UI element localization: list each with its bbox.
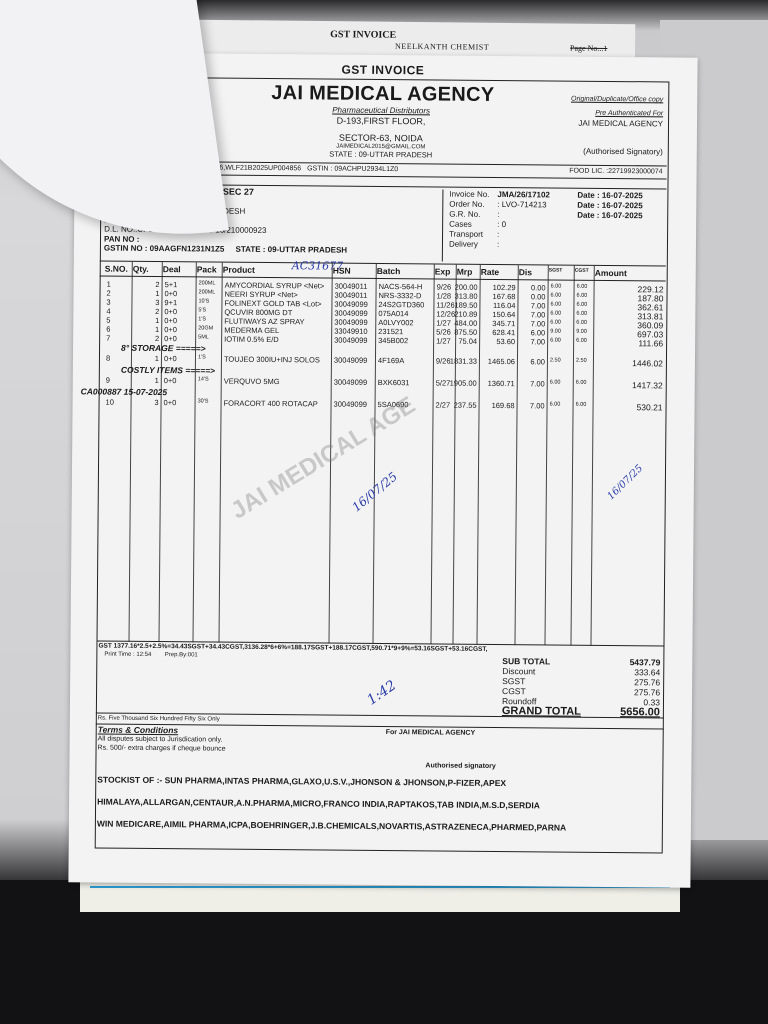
cell-batch: 24S2GTD360 [378, 300, 424, 309]
info-label: G.R. No. [449, 210, 497, 220]
cell-exp: 1/27 [436, 318, 451, 327]
items-table: S.NO.Qty.DealPackProductHSNBatchExpMrpRa… [96, 261, 665, 647]
cell-rate: 1360.71 [488, 379, 515, 388]
cell-cgst: 6.00 [576, 380, 587, 386]
cell-qty: 1 [155, 325, 159, 334]
cell-mrp: 313.80 [455, 292, 478, 301]
cell-pack: 20GM [198, 325, 213, 331]
terms-line: Rs. 500/- extra charges if cheque bounce [98, 744, 226, 754]
cell-deal: 0+0 [164, 354, 177, 363]
cell-sno: 7 [106, 334, 110, 343]
total-value: 275.76 [634, 687, 660, 697]
cell-batch: 345B002 [378, 336, 408, 345]
cell-mrp: 237.55 [454, 401, 477, 410]
food-licence: FOOD LIC. :22719923000074 [565, 166, 663, 179]
cell-sgst: 6.00 [551, 292, 562, 298]
column-header: CGST [575, 268, 589, 274]
info-date: Date : 16-07-2025 [577, 191, 642, 202]
cell-rate: 150.64 [492, 310, 515, 319]
cell-product: MEDERMA GEL [224, 326, 279, 335]
cell-deal: 9+1 [164, 298, 177, 307]
column-header: S.NO. [105, 264, 128, 274]
cell-hsn: 30049099 [334, 309, 367, 318]
cell-cgst: 6.00 [577, 284, 588, 290]
cell-qty: 1 [155, 289, 159, 298]
cell-mrp: 484.00 [454, 319, 477, 328]
cell-sno: 3 [106, 298, 110, 307]
cell-qty: 2 [155, 307, 159, 316]
cell-dis: 6.00 [531, 328, 546, 337]
cell-exp: 1/27 [436, 336, 451, 345]
info-label: Invoice No. [449, 190, 497, 200]
cell-rate: 167.68 [493, 292, 516, 301]
column-header: Amount [595, 268, 627, 278]
terms: Terms & Conditions All disputes subject … [98, 726, 226, 754]
cell-batch: NACS-564-H [379, 282, 423, 291]
info-label: Order No. [449, 200, 497, 210]
cell-exp: 5/26 [436, 327, 451, 336]
cell-pack: 1'S [198, 354, 206, 360]
cell-exp: 11/26 [436, 300, 454, 309]
cell-hsn: 30049099 [334, 356, 367, 365]
cell-sno: 1 [107, 280, 111, 289]
column-header: Product [223, 265, 255, 275]
total-row: Discount333.64 [502, 666, 660, 677]
column-header: Rate [481, 267, 500, 277]
cell-hsn: 30049099 [334, 378, 367, 387]
info-label: Transport [449, 230, 497, 240]
cell-sgst: 2.50 [550, 357, 561, 363]
cell-pack: 200ML [199, 280, 216, 286]
cell-batch: BXK6031 [378, 378, 410, 387]
for-company: For JAI MEDICAL AGENCY [386, 729, 476, 737]
cell-hsn: 30049099 [334, 336, 367, 345]
total-value: 333.64 [634, 667, 660, 677]
cell-sgst: 6.00 [550, 319, 561, 325]
cell-rate: 169.68 [492, 401, 515, 410]
cell-sno: 6 [106, 325, 110, 334]
cell-rate: 345.71 [492, 319, 515, 328]
cell-sno: 5 [106, 316, 110, 325]
cell-pack: 5'S [198, 307, 206, 313]
prepared-by: Prep.By:001 [165, 652, 198, 658]
cell-deal: 5+1 [165, 280, 178, 289]
cell-qty: 2 [155, 334, 159, 343]
authorised-signatory: Authorised signatory [425, 762, 495, 770]
cell-sgst: 6.00 [550, 379, 561, 385]
cell-batch: 4F169A [378, 356, 404, 365]
cell-sgst: 9.00 [550, 328, 561, 334]
info-label: Cases [449, 220, 497, 230]
cell-exp: 9/26 [437, 282, 452, 291]
cell-sgst: 6.00 [551, 283, 562, 289]
invoice-info-row: Delivery: [443, 240, 667, 252]
cell-cgst: 6.00 [576, 302, 587, 308]
info-value: : [497, 240, 577, 251]
column-header: Mrp [457, 267, 473, 277]
total-label: CGST [502, 686, 526, 696]
column-header: Pack [197, 264, 217, 274]
copy-info: Original/Duplicate/Office copy Pre Authe… [503, 94, 664, 157]
cell-rate: 102.29 [493, 283, 516, 292]
cell-dis: 6.00 [530, 357, 545, 366]
cell-product: TOUJEO 300IU+INJ SOLOS [224, 355, 320, 365]
column-header: Deal [163, 264, 181, 274]
cell-qty: 2 [155, 280, 159, 289]
cell-pack: 200ML [199, 289, 216, 295]
info-label: Delivery [449, 240, 497, 250]
handwritten-note: AC31677 [292, 259, 343, 272]
cell-rate: 1465.06 [488, 357, 515, 366]
info-value: : 0 [497, 220, 577, 231]
cell-hsn: 30049099 [334, 318, 367, 327]
column-header: Batch [377, 266, 401, 276]
cell-sgst: 6.00 [550, 401, 561, 407]
cell-amount: 530.21 [637, 402, 663, 412]
cell-cgst: 2.50 [576, 358, 587, 364]
cell-mrp: 875.50 [454, 328, 477, 337]
cell-pack: 30'S [198, 398, 209, 404]
cell-exp: 12/26 [436, 309, 455, 318]
cell-qty: 3 [154, 398, 158, 407]
cell-dis: 7.00 [530, 401, 545, 410]
cell-pack: 5ML [198, 334, 209, 340]
back-sheet-page: Page No...1 [570, 44, 607, 53]
row-note: COSTLY ITEMS =====> [121, 365, 215, 376]
cell-batch: A0LVY002 [378, 318, 413, 327]
table-row: 910+014'SVERQUVO 5MG30049099BXK60315/271… [99, 376, 665, 390]
cell-sno: 8 [106, 354, 110, 363]
cell-deal: 0+0 [164, 307, 177, 316]
table-header: S.NO.Qty.DealPackProductHSNBatchExpMrpRa… [100, 262, 666, 282]
company-address: Pharmaceutical Distributors D-193,FIRST … [301, 104, 461, 158]
cell-sno: 10 [106, 398, 114, 407]
cell-hsn: 30049099 [334, 400, 367, 409]
cell-deal: 0+0 [164, 334, 177, 343]
cell-dis: 7.00 [531, 301, 546, 310]
info-date: Date : 16-07-2025 [577, 201, 642, 212]
cell-cgst: 6.00 [576, 311, 587, 317]
cell-exp: 9/26 [436, 356, 451, 365]
cell-deal: 0+0 [164, 376, 177, 385]
grand-total-label: GRAND TOTAL [502, 706, 581, 717]
column-header: Qty. [133, 264, 149, 274]
cell-deal: 0+0 [164, 325, 177, 334]
cell-amount: 111.66 [638, 338, 663, 348]
print-info: Print Time : 12:54 Prep.By:001 [104, 652, 197, 659]
cell-dis: 0.00 [531, 283, 546, 292]
cell-sno: 4 [106, 307, 110, 316]
cell-qty: 1 [155, 376, 159, 385]
cell-qty: 1 [155, 354, 159, 363]
cell-mrp: 189.50 [454, 301, 477, 310]
cell-exp: 1/28 [436, 291, 451, 300]
column-header: Dis [519, 267, 532, 277]
cell-pack: 14'S [198, 376, 209, 382]
authorised-signatory-label: (Authorised Signatory) [503, 146, 663, 157]
info-value: JMA/26/17102 [497, 190, 577, 201]
cell-rate: 53.60 [496, 337, 515, 346]
cell-mrp: 1831.33 [450, 357, 477, 366]
cell-mrp: 210.89 [454, 310, 477, 319]
grand-total-value: 5656.00 [620, 707, 660, 717]
cell-deal: 0+0 [164, 289, 177, 298]
info-value: : LVO-714213 [497, 200, 577, 211]
cell-sgst: 6.00 [550, 301, 561, 307]
cell-sgst: 6.00 [550, 310, 561, 316]
cell-hsn: 30049099 [334, 300, 367, 309]
cell-cgst: 6.00 [577, 293, 588, 299]
cell-dis: 7.00 [531, 310, 546, 319]
cell-sno: 9 [106, 376, 110, 385]
cell-batch: 075A014 [378, 309, 408, 318]
cell-deal: 0+0 [164, 316, 177, 325]
total-value: 5437.79 [630, 657, 661, 667]
cell-cgst: 9.00 [576, 329, 587, 335]
company-gstin: GSTIN : 09ACHPU2934L1Z0 [303, 165, 398, 173]
back-sheet-title: GST INVOICE [330, 29, 396, 41]
cell-hsn: 30049011 [334, 291, 367, 300]
stockist-list: STOCKIST OF :- SUN PHARMA,INTAS PHARMA,G… [97, 769, 664, 840]
cell-hsn: 33049910 [334, 327, 367, 336]
row-note: 8° STORAGE =====> [121, 343, 206, 354]
cell-amount: 1446.02 [632, 358, 663, 368]
cell-qty: 3 [155, 298, 159, 307]
cell-sgst: 6.00 [550, 337, 561, 343]
cell-pack: 10'S [198, 298, 209, 304]
back-sheet-party: NEELKANTH CHEMIST [395, 42, 489, 52]
buyer-gstin: GSTIN NO : 09AAGFN1231N1Z5 [104, 244, 225, 254]
totals: SUB TOTAL5437.79Discount333.64SGST275.76… [502, 656, 661, 717]
total-label: Discount [502, 666, 535, 676]
info-date: Date : 16-07-2025 [577, 211, 642, 222]
cell-batch: NRS-3332-D [378, 291, 421, 300]
cell-qty: 1 [155, 316, 159, 325]
cell-pack: 1'S [198, 316, 206, 322]
cell-product: VERQUVO 5MG [224, 377, 280, 386]
cell-mrp: 1905.00 [450, 379, 477, 388]
cell-dis: 7.00 [530, 337, 545, 346]
cell-exp: 5/27 [436, 378, 451, 387]
cell-cgst: 6.00 [576, 338, 587, 344]
cell-rate: 628.41 [492, 328, 515, 337]
cell-cgst: 6.00 [576, 402, 587, 408]
invoice-info: Invoice No.JMA/26/17102Date : 16-07-2025… [442, 190, 668, 264]
row-note: CA000887 15-07-2025 [81, 386, 168, 397]
cell-exp: 2/27 [436, 400, 451, 409]
cell-hsn: 30049011 [335, 282, 368, 291]
info-value: : [497, 230, 577, 241]
column-header: Exp [435, 266, 451, 276]
column-header: SGST [549, 267, 563, 273]
cell-dis: 7.00 [531, 319, 546, 328]
doc-title: GST INVOICE [341, 63, 424, 78]
total-value: 275.76 [634, 677, 660, 687]
cell-product: FORACORT 400 ROTACAP [224, 399, 318, 409]
cell-mrp: 75.04 [458, 337, 477, 346]
cell-dis: 7.00 [530, 379, 545, 388]
buyer-state: STATE : 09-UTTAR PRADESH [235, 245, 347, 255]
cell-mrp: 200.00 [455, 283, 478, 292]
company-state: STATE : 09-UTTAR PRADESH [301, 150, 461, 158]
info-value: : [497, 210, 577, 221]
cell-sno: 2 [106, 289, 110, 298]
total-label: SGST [502, 676, 525, 686]
print-time: Print Time : 12:54 [104, 652, 151, 658]
cell-product: IOTIM 0.5% E/D [224, 335, 279, 344]
cell-batch: 231521 [378, 327, 403, 336]
cell-rate: 116.04 [493, 301, 515, 310]
cell-cgst: 6.00 [576, 320, 587, 326]
cell-amount: 1417.32 [632, 380, 663, 390]
total-label: SUB TOTAL [502, 656, 550, 666]
cell-dis: 0.00 [531, 292, 546, 301]
cell-deal: 0+0 [164, 398, 177, 407]
